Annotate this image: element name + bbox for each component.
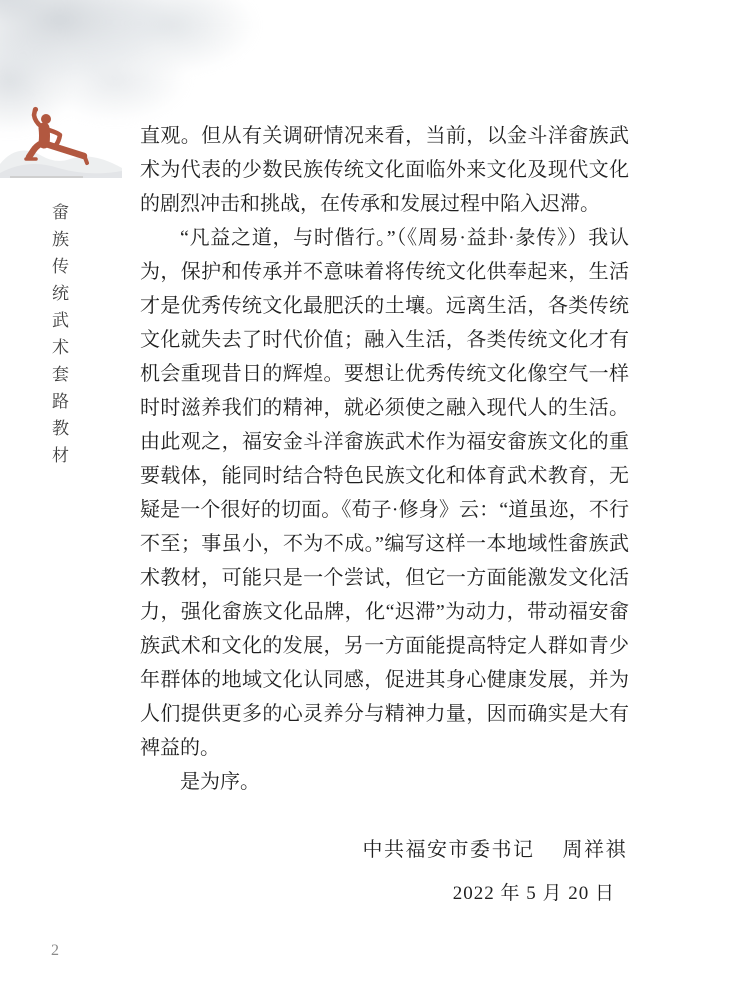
sidebar-divider	[10, 176, 83, 178]
date-line: 2022 年 5 月 20 日	[140, 877, 629, 911]
page-number: 2	[51, 942, 59, 960]
signature-line: 中共福安市委书记 周祥祺	[140, 833, 629, 867]
body-paragraph: 是为序。	[140, 765, 629, 799]
book-title-vertical: 畲族传统武术套路教材	[46, 203, 71, 473]
preface-text-block: 直观。但从有关调研情况来看，当前，以金斗洋畲族武术为代表的少数民族传统文化面临外…	[140, 119, 629, 911]
book-page: 畲族传统武术套路教材 2 直观。但从有关调研情况来看，当前，以金斗洋畲族武术为代…	[0, 0, 750, 1000]
body-paragraph: 直观。但从有关调研情况来看，当前，以金斗洋畲族武术为代表的少数民族传统文化面临外…	[140, 119, 629, 221]
body-paragraph: “凡益之道，与时偕行。”（《周易·益卦·彖传》）我认为，保护和传承并不意味着将传…	[140, 221, 629, 765]
martial-artist-icon	[22, 103, 97, 173]
